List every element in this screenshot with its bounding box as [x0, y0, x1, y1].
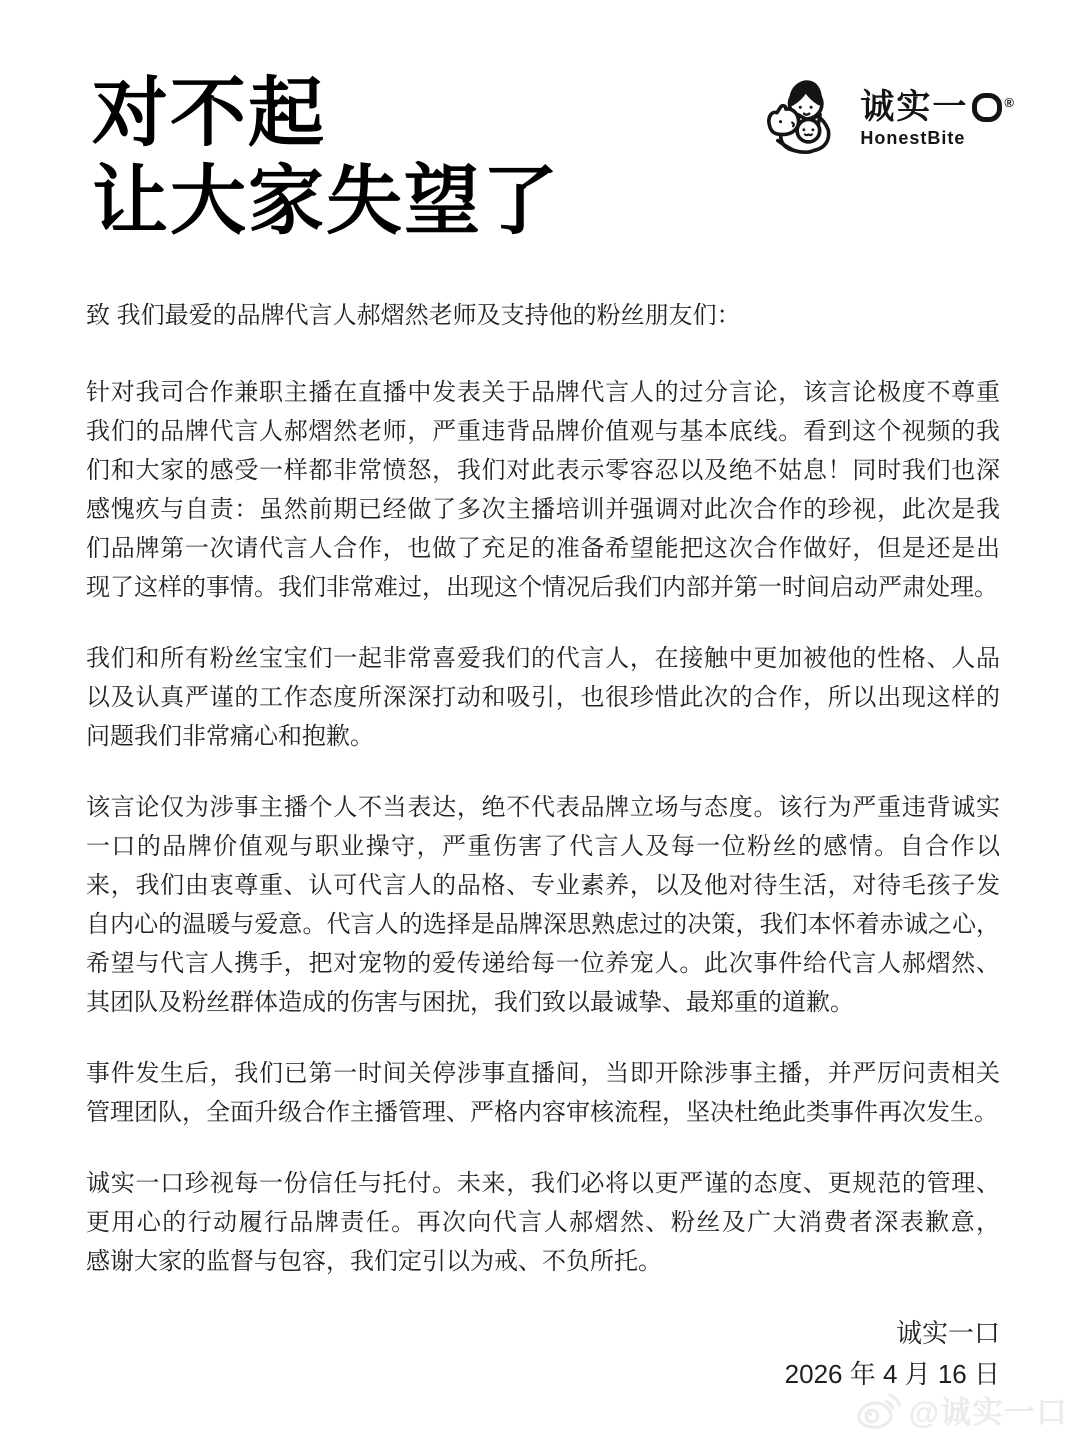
- signature-block: 诚实一口 2026 年 4 月 16 日: [86, 1313, 1000, 1395]
- brand-name-en: HonestBite: [860, 128, 1014, 149]
- text-line: 一口的品牌价值观与职业操守，严重伤害了代言人及每一位粉丝的感情。自合作以: [86, 827, 1000, 866]
- weibo-icon: [855, 1391, 903, 1429]
- text-line: 感谢大家的监督与包容，我们定引以为戒、不负所托。: [86, 1242, 1000, 1281]
- text-line: 诚实一口珍视每一份信任与托付。未来，我们必将以更严谨的态度、更规范的管理、: [86, 1164, 1000, 1203]
- registered-trademark-symbol: ®: [1004, 85, 1014, 121]
- paragraph-1: 针对我司合作兼职主播在直播中发表关于品牌代言人的过分言论，该言论极度不尊重 我们…: [86, 373, 1000, 607]
- text-line: 们和大家的感受一样都非常愤怒，我们对此表示零容忍以及绝不姑息！同时我们也深: [86, 451, 1000, 490]
- headline-line-2: 让大家失望了: [92, 158, 1080, 246]
- watermark-handle: @诚实一口: [909, 1387, 1068, 1432]
- letter-body: 致 我们最爱的品牌代言人郝熠然老师及支持他的粉丝朋友们： 针对我司合作兼职主播在…: [0, 296, 1080, 1395]
- text-line: 我们的品牌代言人郝熠然老师，严重违背品牌价值观与基本底线。看到这个视频的我: [86, 412, 1000, 451]
- brand-name-zh-text: 诚实一: [860, 89, 968, 125]
- text-line: 管理团队，全面升级合作主播管理、严格内容审核流程，坚决杜绝此类事件再次发生。: [86, 1093, 1000, 1132]
- brand-o-glyph: O: [972, 93, 1002, 122]
- apology-statement-page: 对不起 让大家失望了: [0, 0, 1080, 1440]
- text-line: 问题我们非常痛心和抱歉。: [86, 717, 1000, 756]
- text-line: 其团队及粉丝群体造成的伤害与困扰，我们致以最诚挚、最郑重的道歉。: [86, 983, 1000, 1022]
- paragraph-5: 诚实一口珍视每一份信任与托付。未来，我们必将以更严谨的态度、更规范的管理、 更用…: [86, 1164, 1000, 1281]
- watermark: @诚实一口: [855, 1387, 1068, 1432]
- text-line: 感愧疚与自责：虽然前期已经做了多次主播培训并强调对此次合作的珍视，此次是我: [86, 490, 1000, 529]
- text-line: 来，我们由衷尊重、认可代言人的品格、专业素养，以及他对待生活，对待毛孩子发: [86, 866, 1000, 905]
- brand-name-zh: 诚实一 O ®: [860, 89, 1014, 125]
- paragraph-3: 该言论仅为涉事主播个人不当表达，绝不代表品牌立场与态度。该行为严重违背诚实 一口…: [86, 788, 1000, 1022]
- text-line: 希望与代言人携手，把对宠物的爱传递给每一位养宠人。此次事件给代言人郝熠然、: [86, 944, 1000, 983]
- text-line: 更用心的行动履行品牌责任。再次向代言人郝熠然、粉丝及广大消费者深表歉意，: [86, 1203, 1000, 1242]
- text-line: 我们和所有粉丝宝宝们一起非常喜爱我们的代言人，在接触中更加被他的性格、人品: [86, 639, 1000, 678]
- text-line: 事件发生后，我们已第一时间关停涉事直播间，当即开除涉事主播，并严厉问责相关: [86, 1054, 1000, 1093]
- mascot-icon: [758, 74, 848, 164]
- text-line: 现了这样的事情。我们非常难过，出现这个情况后我们内部并第一时间启动严肃处理。: [86, 568, 1000, 607]
- paragraph-4: 事件发生后，我们已第一时间关停涉事直播间，当即开除涉事主播，并严厉问责相关 管理…: [86, 1054, 1000, 1132]
- signature: 诚实一口: [86, 1313, 1000, 1354]
- text-line: 该言论仅为涉事主播个人不当表达，绝不代表品牌立场与态度。该行为严重违背诚实: [86, 788, 1000, 827]
- text-line: 们品牌第一次请代言人合作，也做了充足的准备希望能把这次合作做好，但是还是出: [86, 529, 1000, 568]
- paragraph-2: 我们和所有粉丝宝宝们一起非常喜爱我们的代言人，在接触中更加被他的性格、人品 以及…: [86, 639, 1000, 756]
- text-line: 以及认真严谨的工作态度所深深打动和吸引，也很珍惜此次的合作，所以出现这样的: [86, 678, 1000, 717]
- text-line: 自内心的温暖与爱意。代言人的选择是品牌深思熟虑过的决策，我们本怀着赤诚之心，: [86, 905, 1000, 944]
- salutation: 致 我们最爱的品牌代言人郝熠然老师及支持他的粉丝朋友们：: [86, 296, 1000, 335]
- brand-text: 诚实一 O ® HonestBite: [860, 89, 1014, 149]
- text-line: 针对我司合作兼职主播在直播中发表关于品牌代言人的过分言论，该言论极度不尊重: [86, 373, 1000, 412]
- brand-logo: 诚实一 O ® HonestBite: [758, 74, 1014, 164]
